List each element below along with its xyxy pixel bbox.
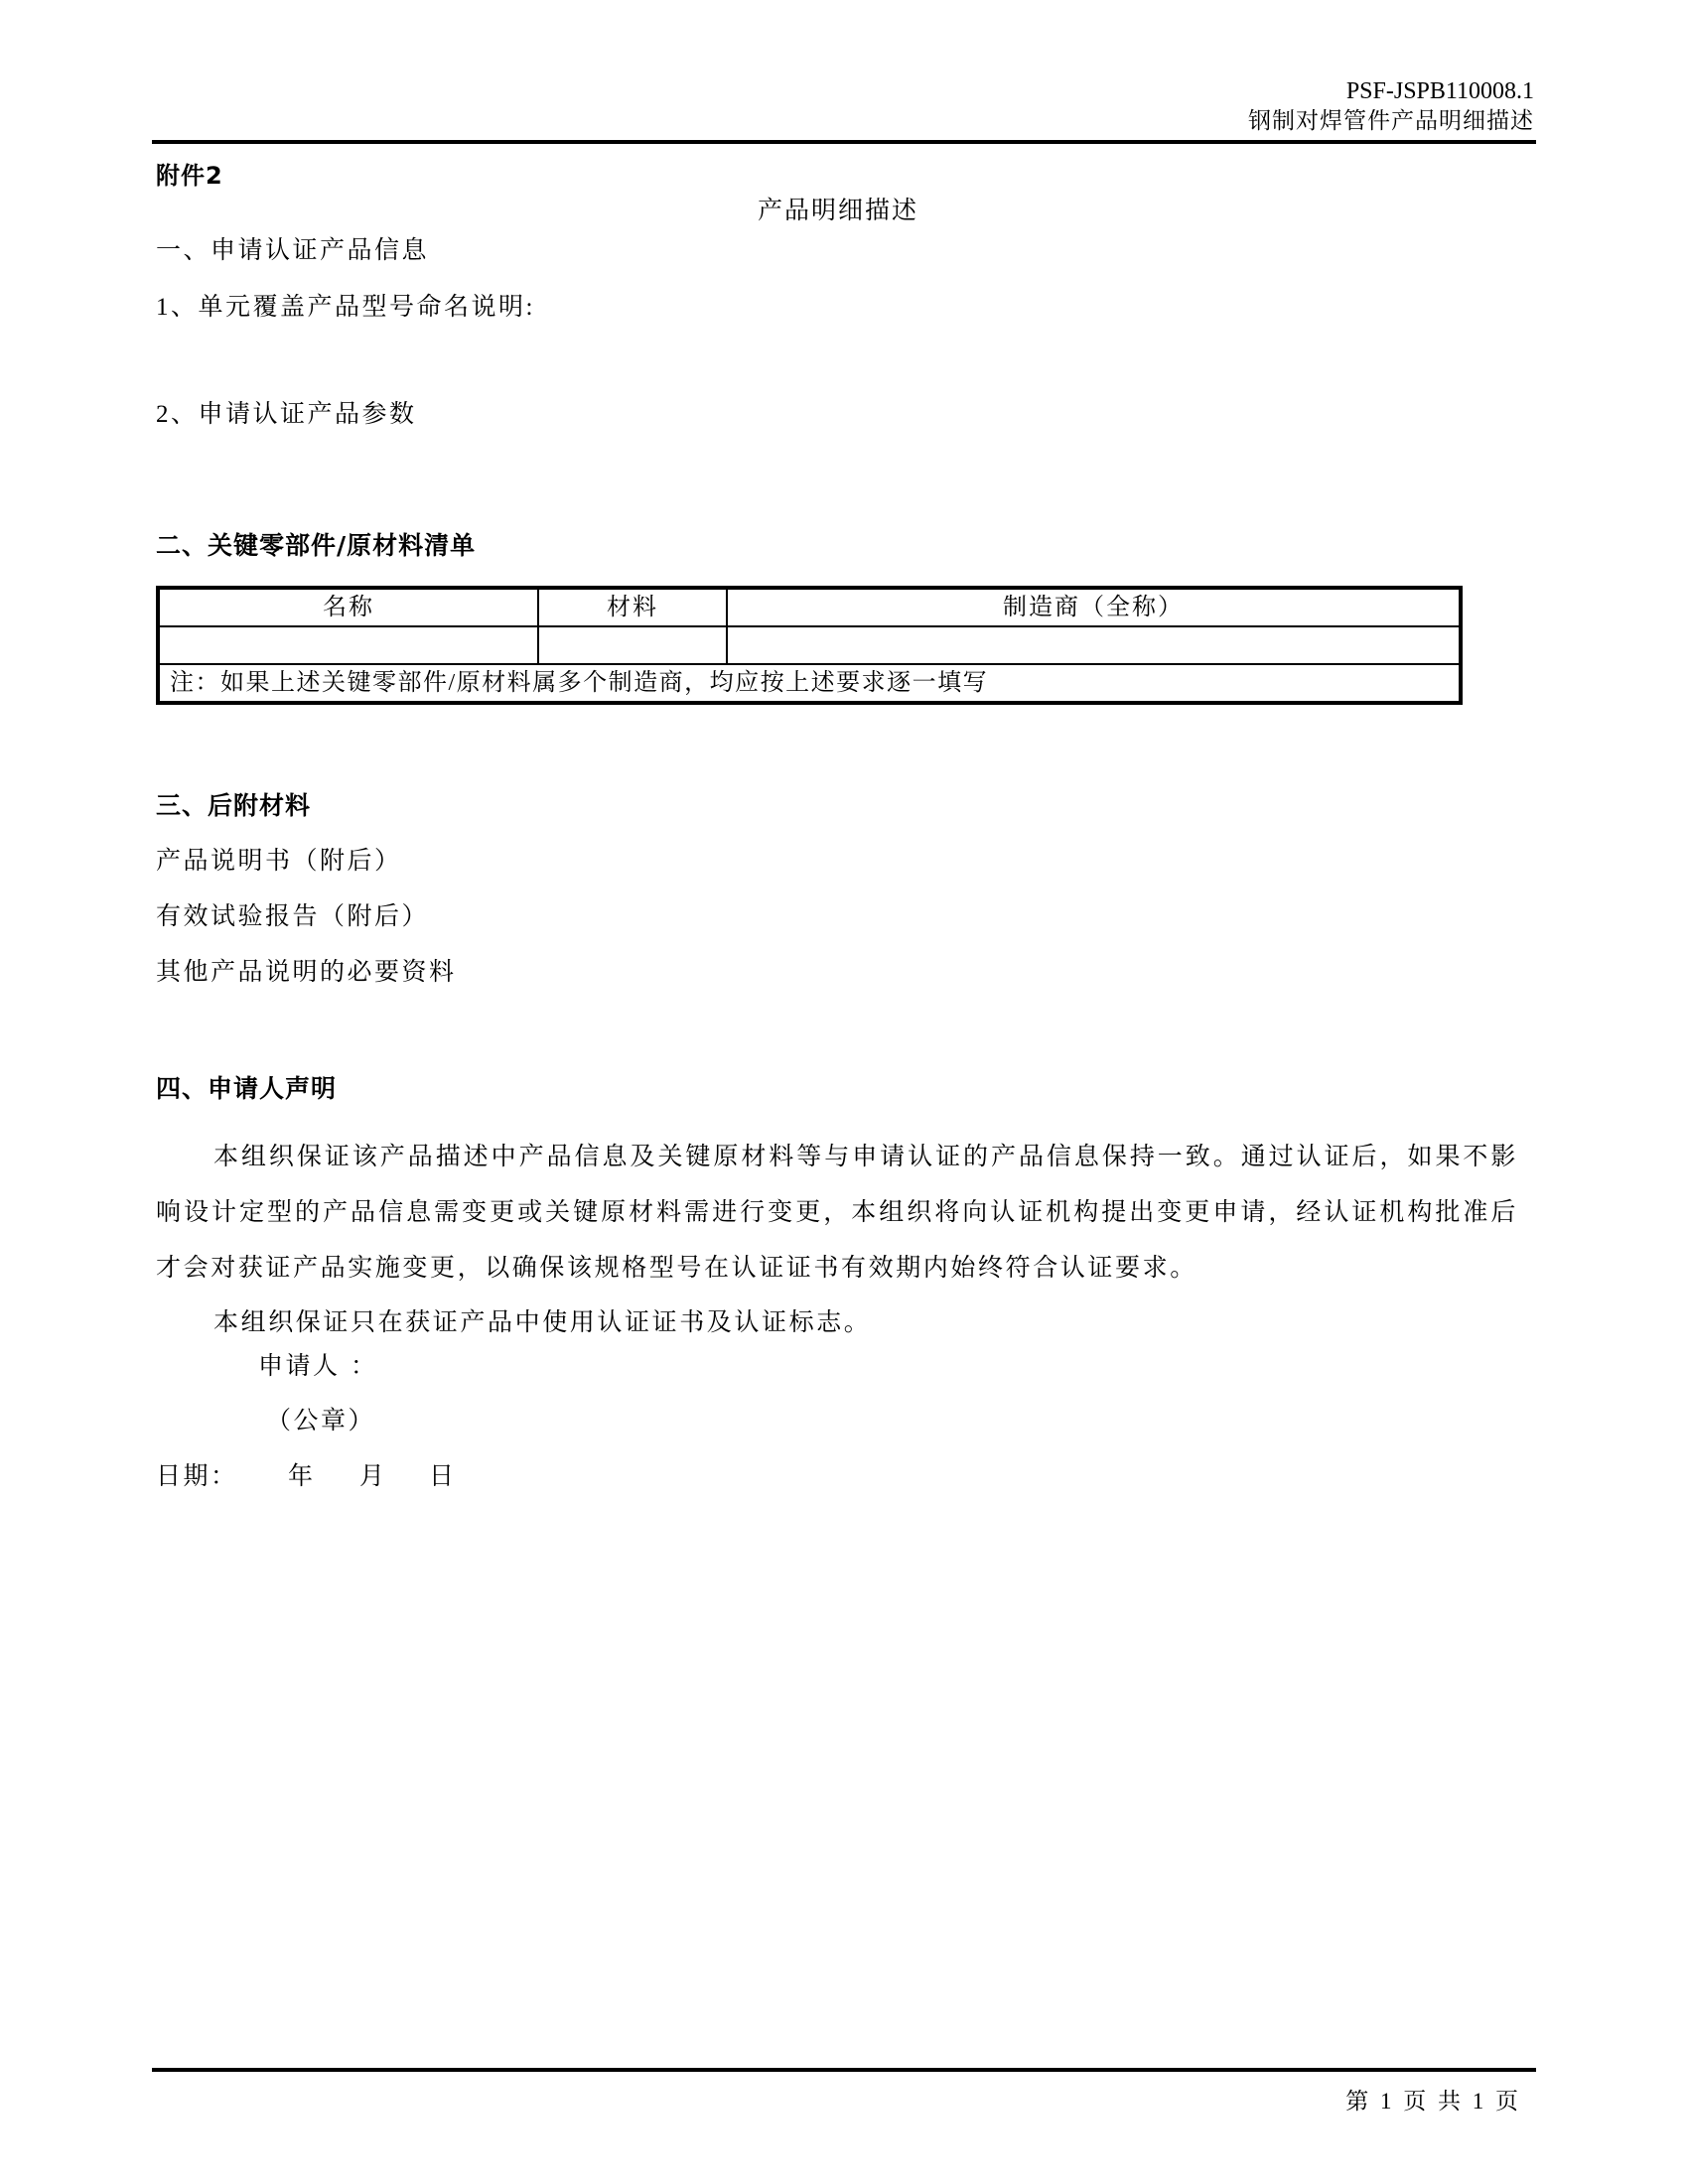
section1-heading: 一、申请认证产品信息	[156, 236, 429, 266]
attachment-item: 有效试验报告（附后）	[156, 902, 429, 932]
section4-heading: 四、申请人声明	[156, 1074, 337, 1104]
table-note-row: 注：如果上述关键零部件/原材料属多个制造商，均应按上述要求逐一填写	[158, 664, 1461, 703]
date-label: 日期：	[156, 1462, 238, 1492]
page-title: 产品明细描述	[758, 197, 918, 226]
section1-item1: 1、单元覆盖产品型号命名说明:	[156, 293, 535, 323]
date-year-label: 年	[288, 1462, 316, 1492]
date-day-label: 日	[429, 1462, 457, 1492]
declaration-paragraph: 本组织保证该产品描述中产品信息及关键原材料等与申请认证的产品信息保持一致。通过认…	[156, 1130, 1518, 1297]
section2-heading: 二、关键零部件/原材料清单	[156, 531, 476, 561]
document-code: PSF-JSPB110008.1	[1346, 77, 1534, 105]
key-parts-table: 名称 材料 制造商（全称） 注：如果上述关键零部件/原材料属多个制造商，均应按上…	[156, 586, 1463, 705]
column-header-material: 材料	[538, 588, 727, 626]
header-rule	[152, 140, 1536, 144]
section1-item2: 2、申请认证产品参数	[156, 400, 417, 430]
column-header-manufacturer: 制造商（全称）	[727, 588, 1461, 626]
cell-material[interactable]	[538, 626, 727, 664]
section3-heading: 三、后附材料	[156, 791, 311, 821]
attachment-label: 附件2	[156, 161, 223, 191]
date-month-label: 月	[359, 1462, 387, 1492]
attachment-item: 产品说明书（附后）	[156, 847, 402, 877]
cell-name[interactable]	[158, 626, 538, 664]
applicant-label: 申请人 ：	[258, 1351, 377, 1381]
footer-rule	[152, 2068, 1536, 2072]
table-note: 注：如果上述关键零部件/原材料属多个制造商，均应按上述要求逐一填写	[158, 664, 1461, 703]
attachment-item: 其他产品说明的必要资料	[156, 958, 457, 988]
column-header-name: 名称	[158, 588, 538, 626]
page-number: 第 1 页 共 1 页	[1345, 2083, 1521, 2116]
table-header-row: 名称 材料 制造商（全称）	[158, 588, 1461, 626]
cell-manufacturer[interactable]	[727, 626, 1461, 664]
table-row	[158, 626, 1461, 664]
document-header-title: 钢制对焊管件产品明细描述	[1248, 107, 1534, 135]
seal-label: （公章）	[266, 1407, 375, 1436]
declaration-paragraph-2: 本组织保证只在获证产品中使用认证证书及认证标志。	[156, 1296, 1518, 1351]
